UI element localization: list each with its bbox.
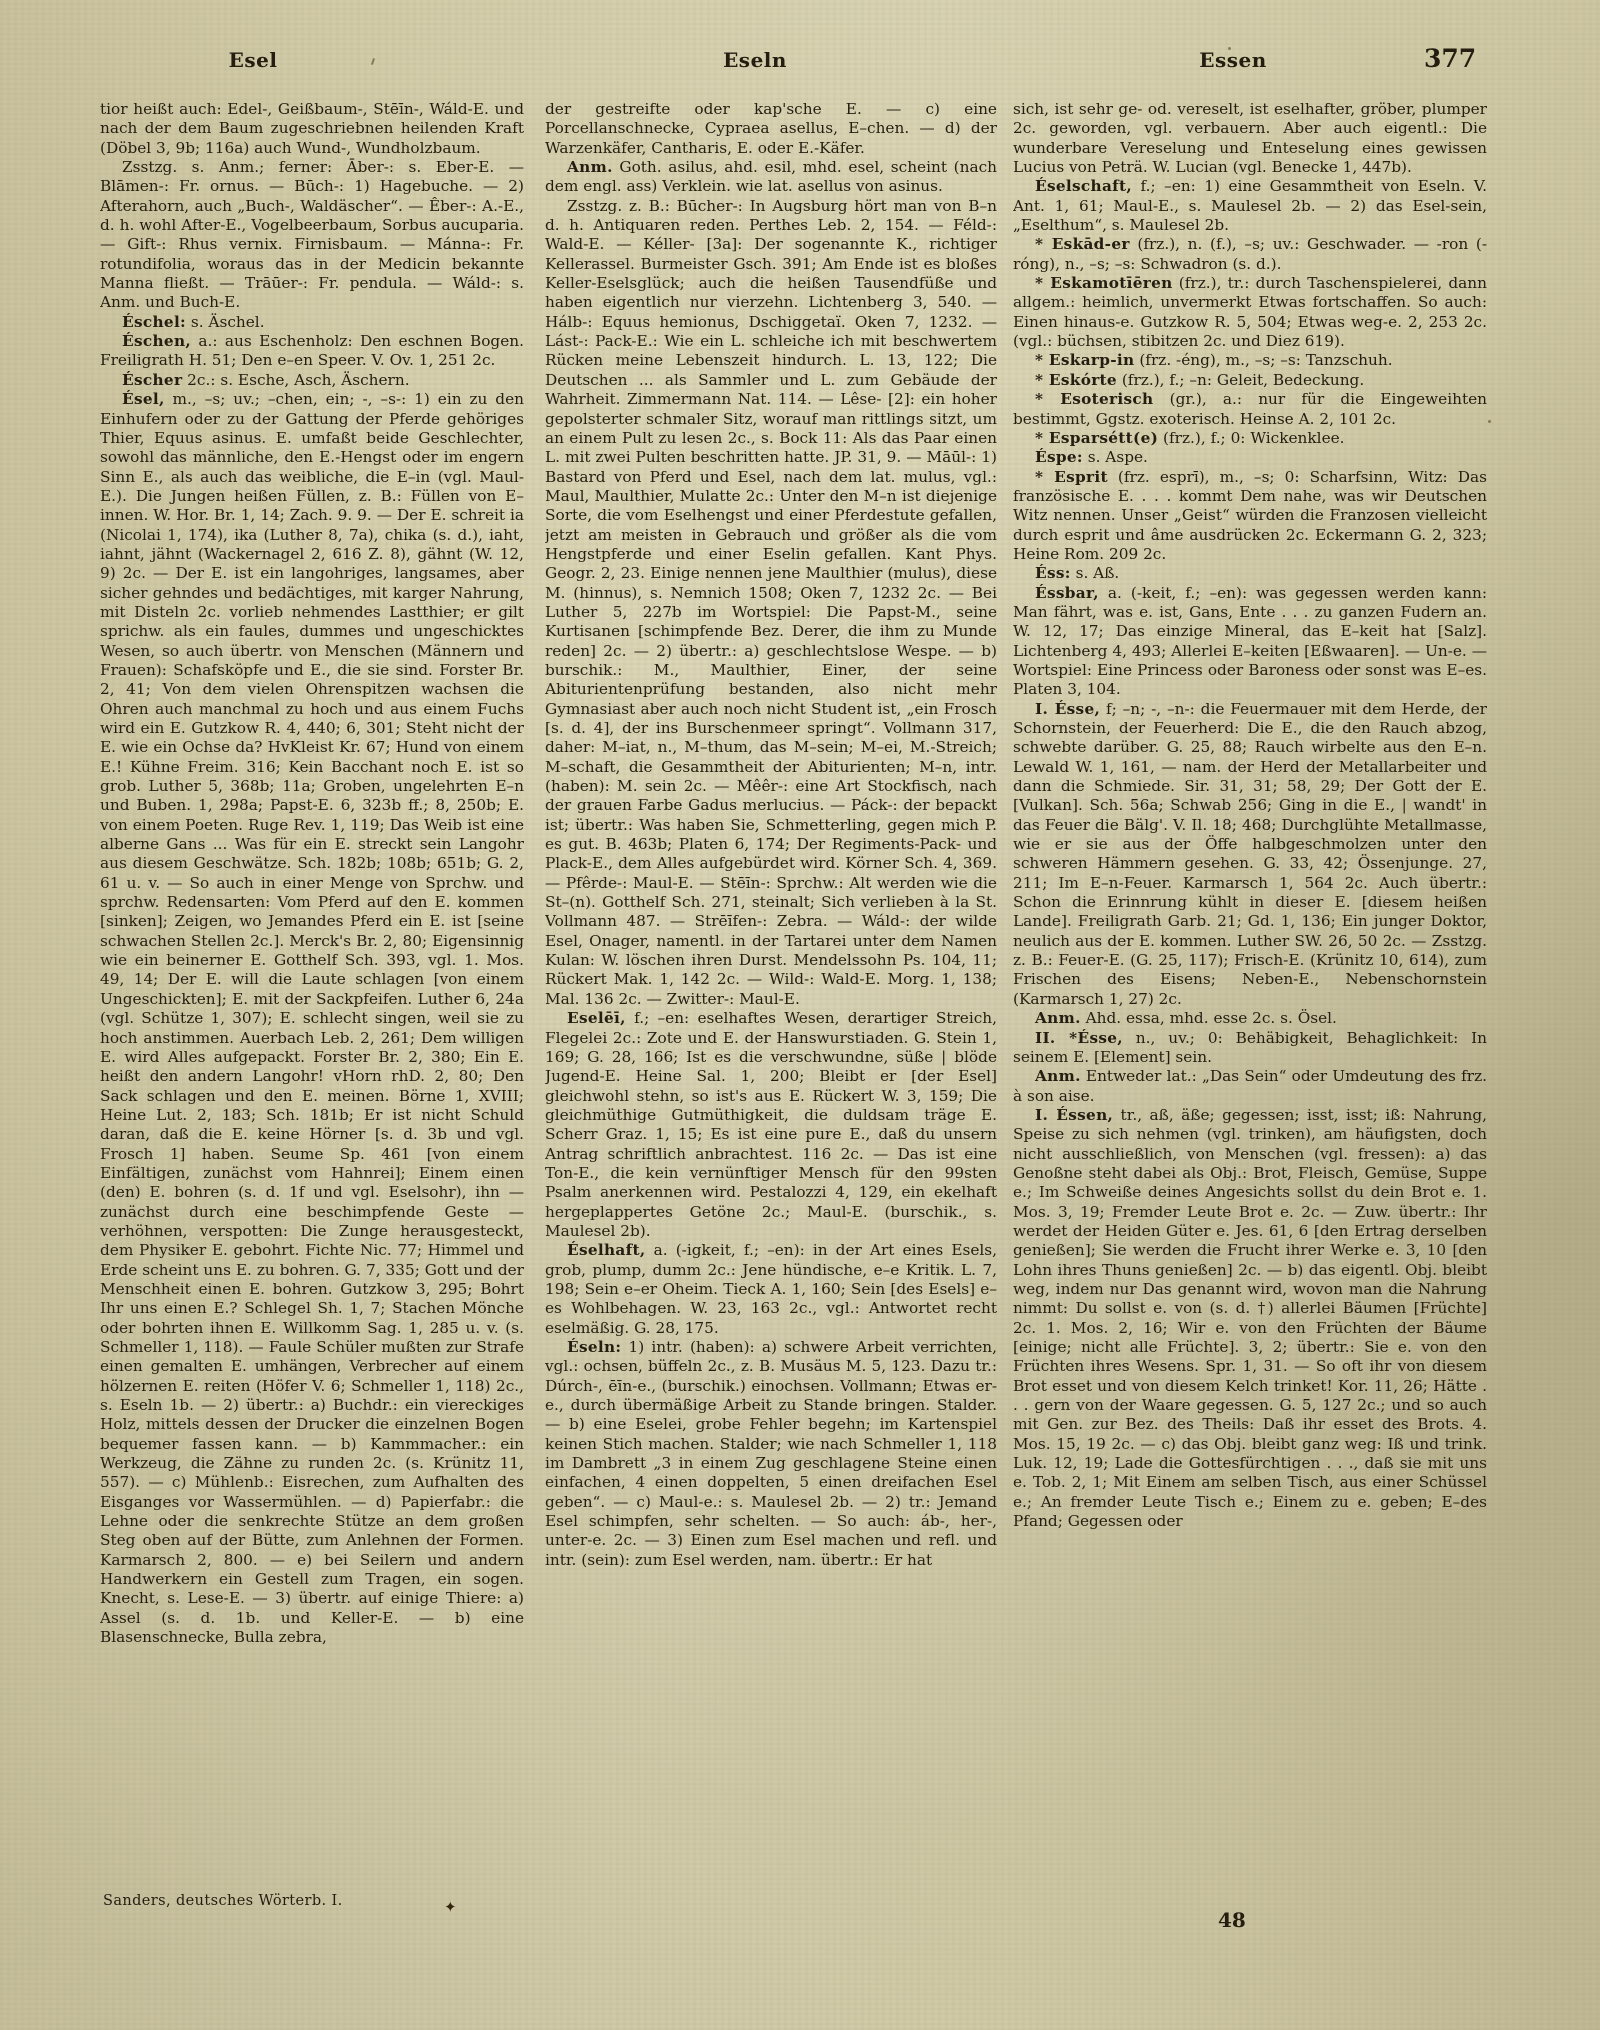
entry-headword: Éschel: (122, 313, 186, 331)
paragraph: II. *Ésse, n., uv.; 0: Behäbigkeit, Beha… (1013, 1029, 1487, 1068)
paragraph: Anm. Goth. asilus, ahd. esil, mhd. esel,… (545, 158, 997, 197)
paragraph: Éssbar, a. (-keit, f.; –en): was gegesse… (1013, 584, 1487, 700)
entry-headword: Éselhaft, (567, 1241, 646, 1259)
entry-headword: Anm. (567, 158, 613, 176)
text-column-3: sich, ist sehr ge- od. vereselt, ist ese… (1013, 100, 1487, 1886)
entry-headword: * Esprit (1035, 468, 1108, 486)
entry-headword: * Eskamotīēren (1035, 274, 1173, 292)
entry-headword: Éss: (1035, 564, 1071, 582)
entry-headword: Eselēī, (567, 1009, 626, 1027)
paragraph: Zsstzg. z. B.: Būcher-: In Augsburg hört… (545, 197, 997, 1009)
paragraph: Éselhaft, a. (-igkeit, f.; –en): in der … (545, 1241, 997, 1338)
paragraph: Anm. Ahd. essa, mhd. esse 2c. s. Ösel. (1013, 1009, 1487, 1028)
paragraph: * Esparsétt(e) (frz.), f.; 0: Wickenklee… (1013, 429, 1487, 448)
entry-headword: Anm. (1035, 1009, 1081, 1027)
entry-headword: Éschen, (122, 332, 191, 350)
paragraph: Éss: s. Aß. (1013, 564, 1487, 583)
entry-headword: Ésel, (122, 390, 165, 408)
running-head-center: Eseln (723, 48, 787, 72)
running-head-left: Esel (229, 48, 278, 72)
footer-imprint: Sanders, deutsches Wörterb. I. (103, 1893, 343, 1909)
scanned-dictionary-page: { "page": { "running_heads": ["Esel", "E… (0, 0, 1600, 2030)
paragraph: der gestreifte oder kap'sche E. — c) ein… (545, 100, 997, 158)
paragraph: * Eskamotīēren (frz.), tr.: durch Tasche… (1013, 274, 1487, 351)
entry-headword: Éspe: (1035, 448, 1083, 466)
ink-speck (1228, 47, 1231, 50)
paragraph: Zsstzg. s. Anm.; ferner: Āber-: s. Eber-… (100, 158, 524, 313)
printer-mark: ✦ (444, 1898, 457, 1916)
paragraph: Éspe: s. Aspe. (1013, 448, 1487, 467)
paragraph: * Esoterisch (gr.), a.: nur für die Eing… (1013, 390, 1487, 429)
paragraph: tior heißt auch: Edel-, Geißbaum-, Stēīn… (100, 100, 524, 158)
entry-headword: Éssbar, (1035, 584, 1099, 602)
paragraph: Éseln: 1) intr. (haben): a) schwere Arbe… (545, 1338, 997, 1570)
paragraph: I. Éssen, tr., aß, äße; gegessen; isst, … (1013, 1106, 1487, 1532)
entry-headword: Éscher (122, 371, 182, 389)
ink-speck (371, 58, 375, 65)
text-column-2: der gestreifte oder kap'sche E. — c) ein… (545, 100, 997, 1886)
paragraph: I. Ésse, f; –n; -, –n-: die Feuermauer m… (1013, 700, 1487, 1010)
paragraph: Eselēī, f.; –en: eselhaftes Wesen, derar… (545, 1009, 997, 1241)
paragraph: Éschel: s. Äschel. (100, 313, 524, 332)
entry-headword: Éseln: (567, 1338, 621, 1356)
paragraph: * Eskād-er (frz.), n. (f.), –s; uv.: Ges… (1013, 235, 1487, 274)
entry-headword: * Eskórte (1035, 371, 1117, 389)
page-number: 377 (1424, 44, 1476, 73)
paragraph: * Eskórte (frz.), f.; –n: Geleit, Bedeck… (1013, 371, 1487, 390)
entry-headword: * Eskād-er (1035, 235, 1130, 253)
text-column-1: tior heißt auch: Edel-, Geißbaum-, Stēīn… (100, 100, 524, 1886)
entry-headword: Éselschaft, (1035, 177, 1132, 195)
running-head-right: Essen (1199, 48, 1267, 72)
paragraph: Éscher 2c.: s. Esche, Asch, Äschern. (100, 371, 524, 390)
entry-headword: II. *Ésse, (1035, 1029, 1123, 1047)
entry-headword: Anm. (1035, 1067, 1081, 1085)
paragraph: Éschen, a.: aus Eschenholz: Den eschnen … (100, 332, 524, 371)
paragraph: Éselschaft, f.; –en: 1) eine Gesammtheit… (1013, 177, 1487, 235)
entry-headword: I. Ésse, (1035, 700, 1100, 718)
entry-headword: * Esoterisch (1035, 390, 1153, 408)
paragraph: Ésel, m., –s; uv.; –chen, ein; -, –s-: 1… (100, 390, 524, 1647)
entry-headword: * Eskarp-in (1035, 351, 1134, 369)
paragraph: sich, ist sehr ge- od. vereselt, ist ese… (1013, 100, 1487, 177)
paragraph: * Eskarp-in (frz. -éng), m., –s; –s: Tan… (1013, 351, 1487, 370)
paragraph: * Esprit (frz. esprī), m., –s; 0: Scharf… (1013, 468, 1487, 565)
entry-headword: I. Éssen, (1035, 1106, 1113, 1124)
entry-headword: * Esparsétt(e) (1035, 429, 1158, 447)
paragraph: Anm. Entweder lat.: „Das Sein“ oder Umde… (1013, 1067, 1487, 1106)
sheet-signature: 48 (1218, 1908, 1246, 1932)
ink-speck (1488, 420, 1491, 423)
